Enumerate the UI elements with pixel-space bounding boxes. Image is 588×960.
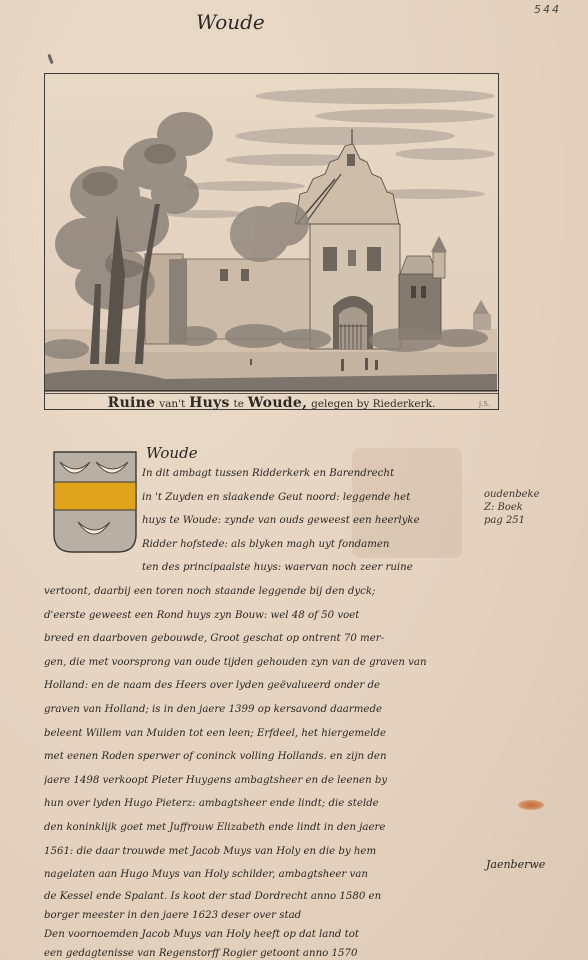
margin-note-line: Z: Boek: [484, 501, 584, 514]
text-line: d'eerste geweest een Rond huys zyn Bouw:…: [44, 604, 484, 628]
text-line: hun over lyden Hugo Pieterz: ambagtsheer…: [44, 792, 484, 816]
text-line: in 't Zuyden en slaakende Geut noord: le…: [44, 486, 484, 510]
page-heading: Woude: [196, 10, 265, 34]
text-line: nagelaten aan Hugo Muys van Holy schilde…: [44, 863, 484, 887]
text-line: beleent Willem van Muiden tot een leen; …: [44, 722, 484, 746]
caption-huys: Huys: [189, 395, 230, 411]
manuscript-body: In dit ambagt tussen Ridderkerk en Baren…: [44, 462, 484, 960]
caption-woude: Woude,: [248, 395, 307, 411]
ink-mark: [47, 54, 53, 64]
caption-vant: van't: [159, 398, 185, 410]
drawing-caption: Ruine van't Huys te Woude, gelegen by Ri…: [45, 395, 498, 411]
text-line: Holland: en de naam des Heers over lyden…: [44, 674, 484, 698]
margin-note-line: pag 251: [484, 514, 584, 527]
text-line: In dit ambagt tussen Ridderkerk en Baren…: [44, 462, 484, 486]
text-line: borger meester in den jaere 1623 deser o…: [44, 906, 484, 925]
text-line: breed en daarboven gebouwde, Groot gesch…: [44, 627, 484, 651]
text-line: Ridder hofstede: als blyken magh uyt fon…: [44, 533, 484, 557]
margin-note: oudenbeke Z: Boek pag 251: [484, 488, 584, 527]
artist-monogram: J.S.: [479, 400, 490, 408]
text-line: 1561: die daar trouwde met Jacob Muys va…: [44, 840, 484, 864]
text-line: gen, die met voorsprong van oude tijden …: [44, 651, 484, 675]
signature: Jaenberwe: [486, 858, 545, 871]
manuscript-page: 544 Woude: [0, 0, 588, 960]
caption-location: gelegen by Riederkerk.: [311, 398, 435, 410]
text-line: den koninklijk goet met Juffrouw Elizabe…: [44, 816, 484, 840]
castle-ruin-drawing: [45, 74, 497, 392]
drawing-frame: Ruine van't Huys te Woude, gelegen by Ri…: [44, 73, 499, 410]
text-line: vertoont, daarbij een toren noch staande…: [44, 580, 484, 604]
paper-stain: [518, 800, 544, 810]
text-line: met eenen Roden sperwer of coninck volli…: [44, 745, 484, 769]
text-line: een gedagtenisse van Regenstorff Rogier …: [44, 944, 484, 960]
text-line: graven van Holland; is in den jaere 1399…: [44, 698, 484, 722]
caption-rule: [45, 390, 498, 394]
text-line: ten des principaalste huys: waervan noch…: [44, 556, 484, 580]
entry-title: Woude: [146, 444, 198, 462]
text-line: Den voornoemden Jacob Muys van Holy heef…: [44, 925, 484, 944]
text-line: de Kessel ende Spalant. Is koot der stad…: [44, 887, 484, 906]
page-number: 544: [534, 3, 561, 16]
margin-note-line: oudenbeke: [484, 488, 584, 501]
caption-te: te: [234, 398, 244, 410]
text-line: huys te Woude: zynde van ouds geweest ee…: [44, 509, 484, 533]
text-line: jaere 1498 verkoopt Pieter Huygens ambag…: [44, 769, 484, 793]
caption-ruine: Ruine: [108, 395, 156, 411]
